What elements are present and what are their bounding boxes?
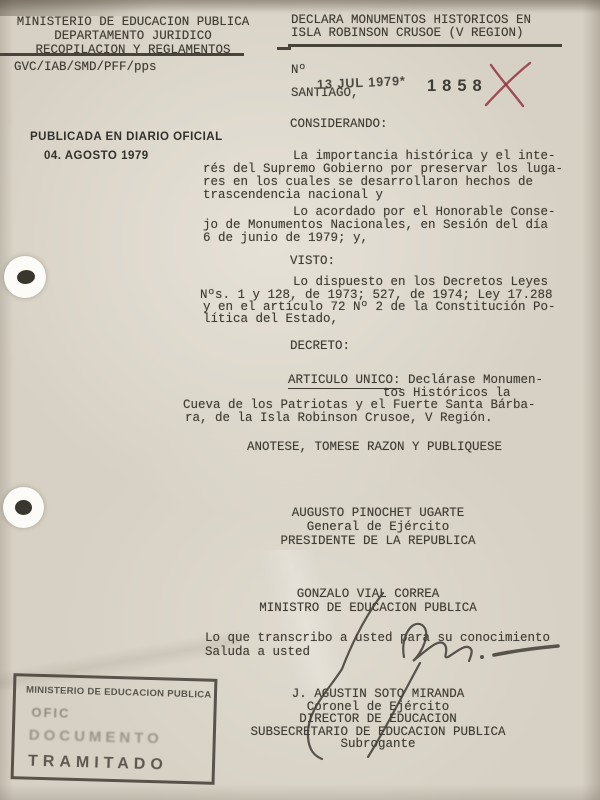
stamp-line: OFIC: [31, 705, 70, 721]
stamp-line: TRAMITADO: [28, 753, 168, 775]
signature-line: General de Ejército: [258, 520, 498, 534]
decree-number-stamp: 1858: [427, 77, 488, 96]
considerando-heading: CONSIDERANDO:: [290, 118, 388, 131]
letterhead-rule-left: [0, 53, 244, 56]
visto-heading: VISTO:: [290, 255, 335, 268]
publication-stamp-line: 04. AGOSTO 1979: [44, 150, 149, 162]
stamp-line: DOCUMENTO: [29, 727, 163, 748]
signature-line: AUGUSTO PINOCHET UGARTE: [258, 506, 498, 520]
letterhead-office-line: DEPARTAMENTO JURIDICO: [10, 29, 256, 43]
articulo-intro: Declárase Monumen-: [401, 373, 544, 387]
stamp-line: MINISTERIO DE EDUCACION PUBLICA: [26, 685, 212, 701]
body-line: lítica del Estado,: [203, 313, 338, 326]
signature-line: PRESIDENTE DE LA REPUBLICA: [258, 534, 498, 548]
letterhead-office-block: MINISTERIO DE EDUCACION PUBLICA DEPARTAM…: [10, 15, 256, 57]
office-stamp: MINISTERIO DE EDUCACION PUBLICA OFIC DOC…: [11, 673, 218, 785]
hole-punch-center: [15, 500, 32, 515]
hole-punch-center: [16, 269, 36, 285]
closing-line: ANOTESE, TOMESE RAZON Y PUBLIQUESE: [247, 441, 502, 454]
publication-stamp-line: PUBLICADA EN DIARIO OFICIAL: [30, 131, 223, 143]
body-line: ra, de la Isla Robinson Crusoe, V Región…: [185, 412, 493, 425]
letterhead-rule-right: [288, 44, 562, 47]
decreto-heading: DECRETO:: [290, 340, 350, 353]
number-label: Nº: [291, 64, 306, 77]
president-signature-block: AUGUSTO PINOCHET UGARTE General de Ejérc…: [258, 506, 498, 548]
hole-punch: [4, 256, 46, 298]
signature: [270, 585, 590, 770]
body-line: trascendencia nacional y: [203, 189, 383, 202]
red-check-mark: [482, 62, 534, 108]
hole-punch: [3, 487, 44, 528]
subject-line: ISLA ROBINSON CRUSOE (V REGION): [291, 27, 524, 40]
file-code: GVC/IAB/SMD/PFF/pps: [14, 61, 157, 74]
top-edge-shadow: [0, 0, 600, 12]
letterhead-office-line: MINISTERIO DE EDUCACION PUBLICA: [10, 15, 256, 29]
body-line: 6 de junio de 1979; y,: [203, 232, 368, 245]
date-stamp: 13 JUL 1979*: [317, 74, 406, 92]
underline-fragment: [277, 47, 291, 50]
scanned-decree-page: MINISTERIO DE EDUCACION PUBLICA DEPARTAM…: [0, 0, 600, 800]
top-left-tear-shadow: [0, 0, 190, 16]
